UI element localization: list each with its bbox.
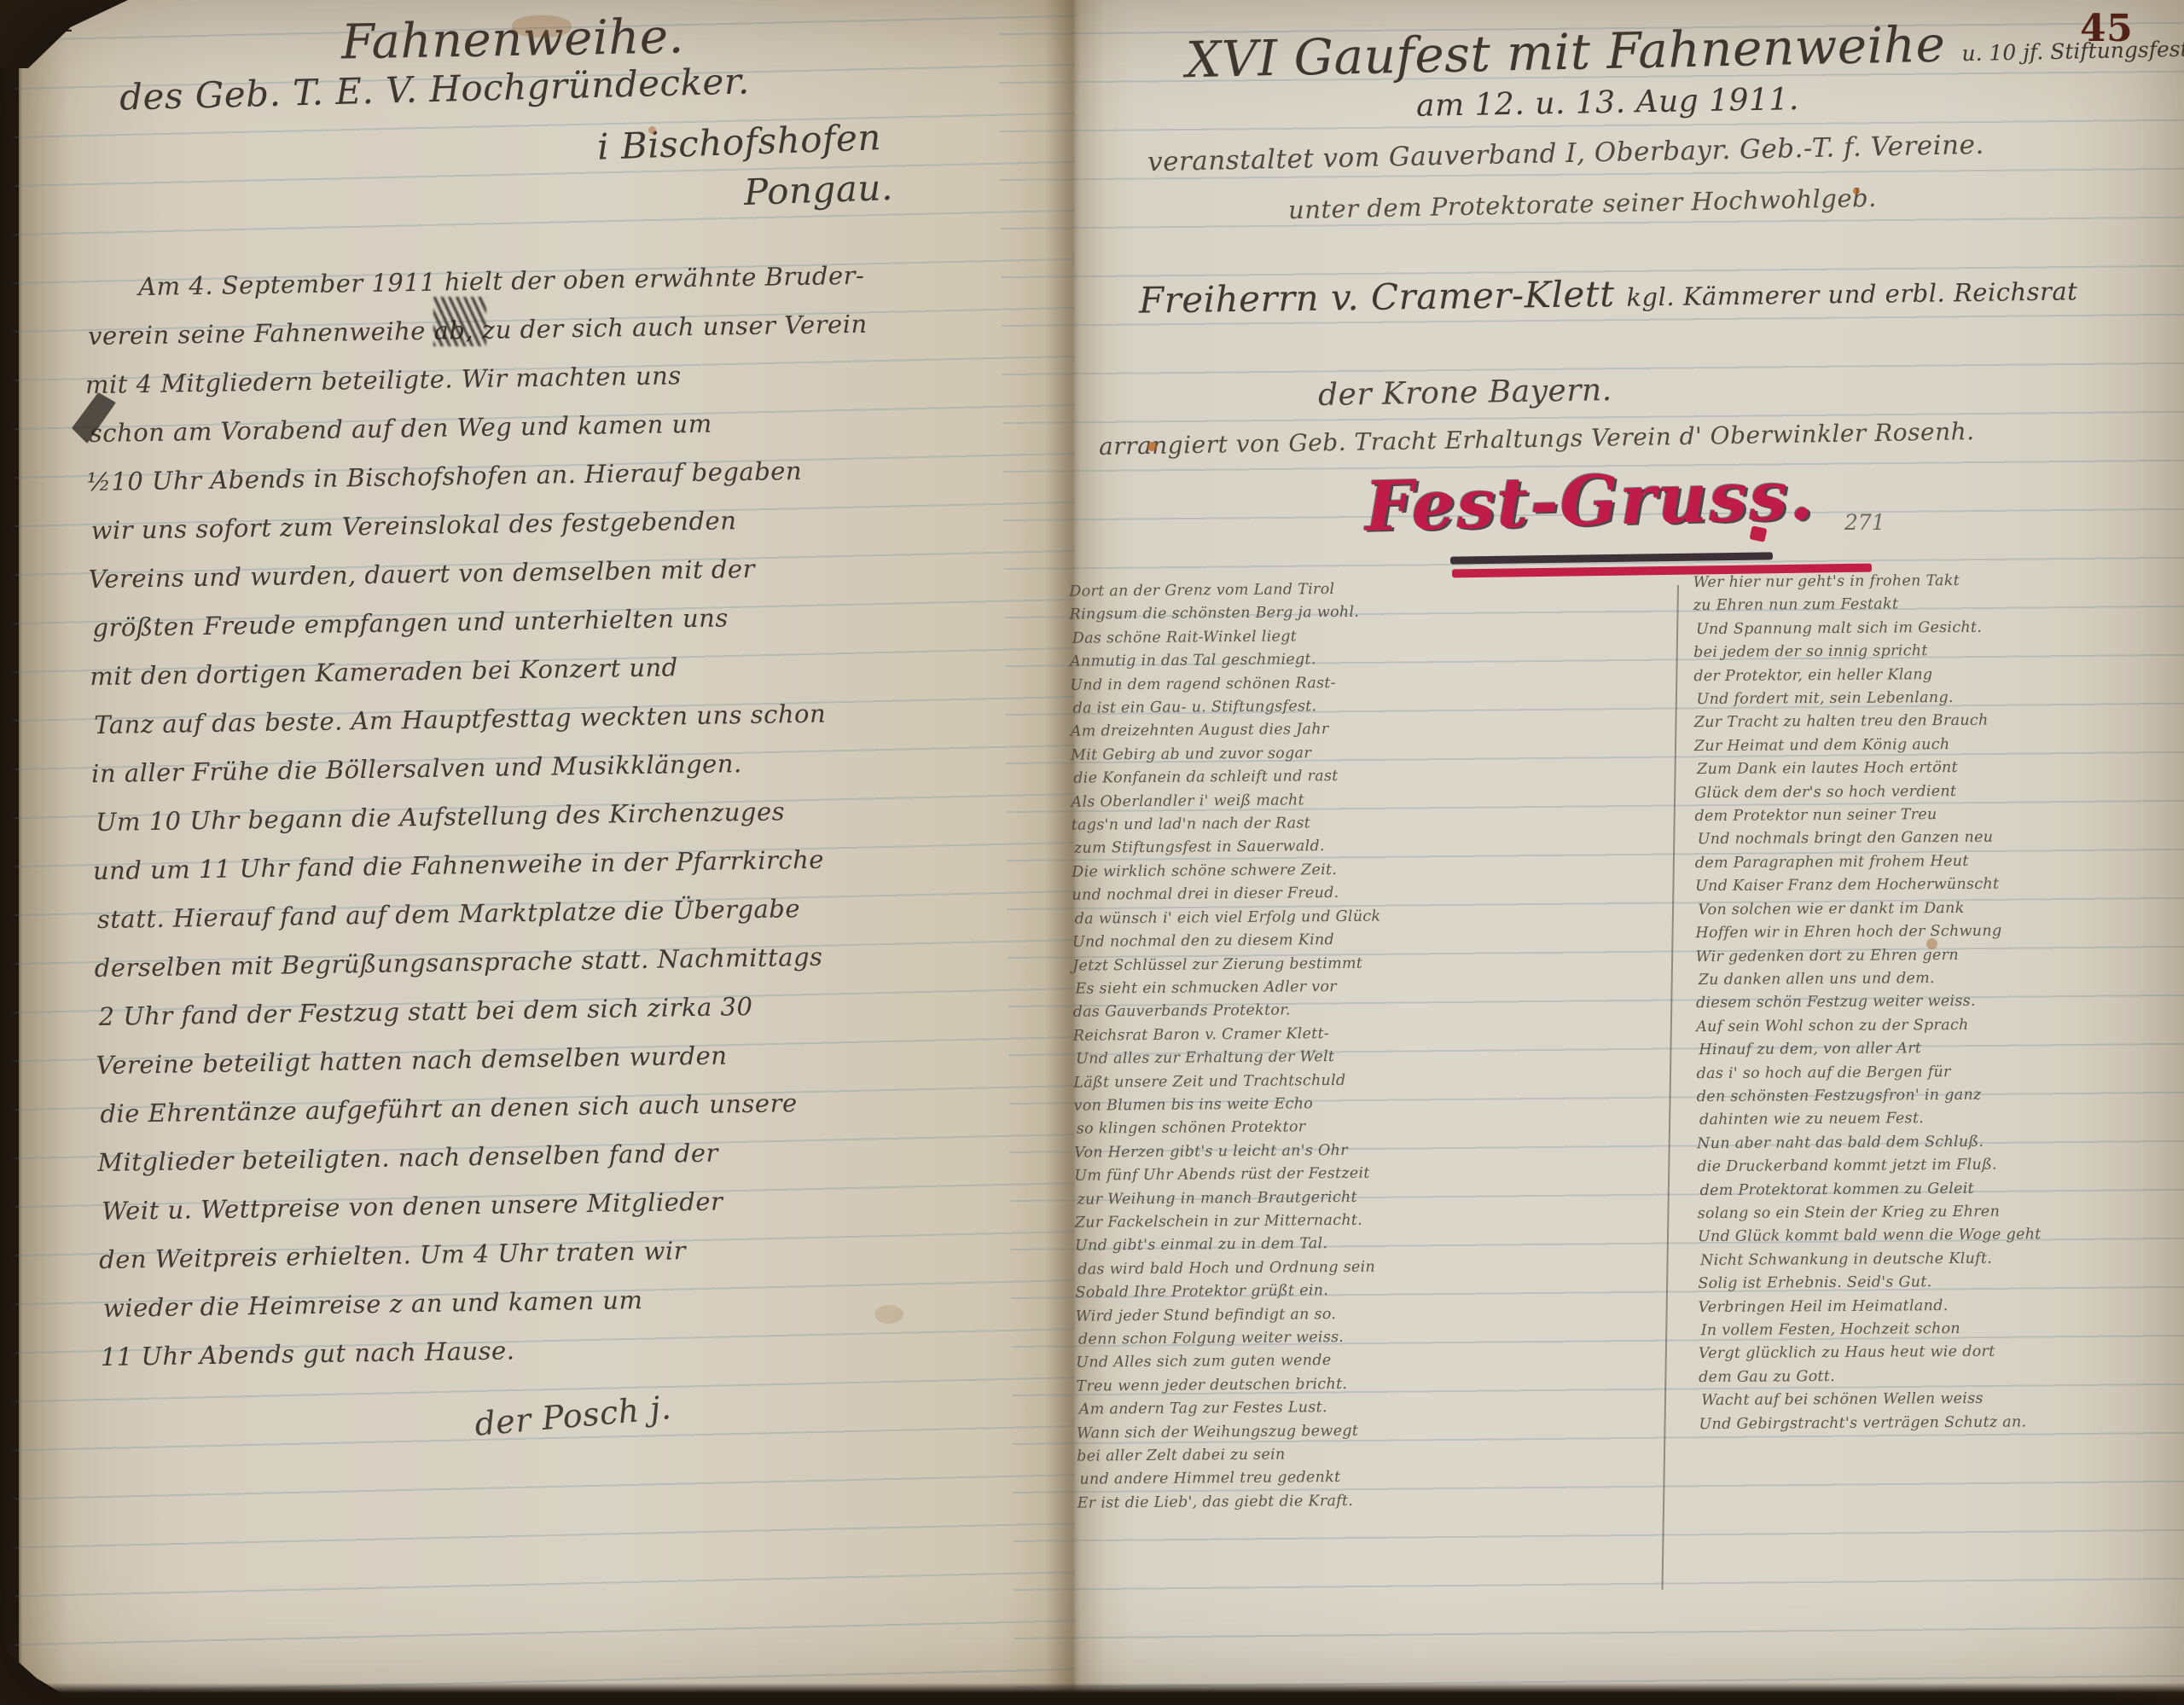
poem-line: dahinten wie zu neuem Fest. <box>1699 1105 2184 1133</box>
poem-line: Vergt glücklich zu Haus heut wie dort <box>1699 1339 2184 1366</box>
poem-line: Solig ist Erhebnis. Seid's Gut. <box>1698 1269 2184 1296</box>
left-page-body-text: Am 4. September 1911 hielt der oben erwä… <box>84 252 868 1382</box>
poem-line: Wer hier nur geht's in frohen Takt <box>1693 568 2184 595</box>
left-page-region-line: Pongau. <box>743 166 893 213</box>
photo-edge-bottom <box>0 1683 2184 1705</box>
poem-line: Es sieht ein schmucken Adler vor <box>1075 973 1604 1001</box>
patron-name: Freiherrn v. Cramer-Klett <box>1139 273 1615 322</box>
poem-line: Und Gebirgstracht's verträgen Schutz an. <box>1699 1410 2184 1437</box>
crossed-out-scribble <box>433 297 486 346</box>
poem-line: Und alles zur Erhaltung der Welt <box>1076 1043 1605 1071</box>
poem-line: Auf sein Wohl schon zu der Sprach <box>1696 1012 2184 1040</box>
poem-line: In vollem Festen, Hochzeit schon <box>1701 1316 2184 1343</box>
fest-gruss-title: Fest-Gruss. <box>1364 455 1815 547</box>
poem-line: den schönsten Festzugsfron' in ganz <box>1697 1082 2184 1110</box>
poem-line: Verbringen Heil im Heimatland. <box>1698 1292 2184 1319</box>
poem-line: Hinauf zu dem, von aller Art <box>1699 1035 2184 1063</box>
poem-line: denn schon Folgung weiter weiss. <box>1078 1324 1607 1352</box>
poem-line: diesem schön Festzug weiter weiss. <box>1696 989 2184 1016</box>
poem-line: Und Glück kommt bald wenn die Woge geht <box>1698 1222 2184 1250</box>
poem-line: bei jedem der so innig spricht <box>1693 638 2184 665</box>
poem-line: Und Spannung malt sich im Gesicht. <box>1696 615 2184 642</box>
page-number-45: 45 <box>2080 7 2133 50</box>
poem-line: das i' so hoch auf die Bergen für <box>1696 1058 2184 1086</box>
poem-line: die Konfanein da schleift und rast <box>1073 763 1602 792</box>
poem-line: Zu danken allen uns und dem. <box>1699 966 2184 993</box>
poem-line: zur Weihung in manch Brautgericht <box>1077 1184 1606 1212</box>
poem-line: da wünsch i' eich viel Erfolg und Glück <box>1075 903 1604 931</box>
fest-gruss-heading: Fest-Gruss. 271 <box>1365 461 1815 541</box>
poem-line: Und nochmals bringt den Ganzen neu <box>1698 825 2184 852</box>
poem-line: dem Paragraphen mit frohem Heut <box>1695 849 2184 876</box>
photo-edge-left <box>0 0 22 1705</box>
poem-line: die Druckerband kommt jetzt im Fluß. <box>1697 1152 2184 1180</box>
poem-line: da ist ein Gau- u. Stiftungsfest. <box>1072 693 1601 721</box>
poem-line: Zur Tracht zu halten treu den Brauch <box>1694 708 2184 735</box>
poem-line: dem Protektor nun seiner Treu <box>1694 802 2184 829</box>
poem-column-right: Wer hier nur geht's in frohen Taktzu Ehr… <box>1693 568 2184 1436</box>
left-page-title: Fahnenweihe. <box>340 9 684 70</box>
poem-line: Am andern Tag zur Festes Lust. <box>1079 1394 1608 1422</box>
poem-line: der Protektor, ein heller Klang <box>1693 662 2184 689</box>
poem-line: so klingen schönen Protektor <box>1077 1114 1606 1142</box>
poem-line: Zum Dank ein lautes Hoch ertönt <box>1697 755 2184 782</box>
poem-line: Wir gedenken dort zu Ehren gern <box>1696 942 2184 969</box>
pencil-annotation: 271 <box>1844 510 1885 535</box>
poem-line: Hoffen wir in Ehren hoch der Schwung <box>1695 919 2184 946</box>
ledger-photo: Fahnenweihe. des Geb. T. E. V. Hochgründ… <box>0 0 2184 1705</box>
poem-line: Nun aber naht das bald dem Schluß. <box>1697 1129 2184 1157</box>
poem-line: das wird bald Hoch und Ordnung sein <box>1077 1254 1606 1282</box>
poem-column-left: Dort an der Grenz vom Land TirolRingsum … <box>1069 576 1606 1516</box>
poem-line: zu Ehren nun zum Festakt <box>1693 591 2184 618</box>
poem-line: und andere Himmel treu gedenkt <box>1079 1464 1608 1493</box>
poem-line: Und fordert mit, sein Lebenlang. <box>1696 685 2184 712</box>
poem-line: Wacht auf bei schönen Wellen weiss <box>1701 1386 2184 1413</box>
right-page-title-suffix: u. 10 jf. Stiftungsfest <box>1961 37 2184 67</box>
poem-line: dem Protektorat kommen zu Geleit <box>1699 1175 2184 1203</box>
poem-line: Nicht Schwankung in deutsche Kluft. <box>1700 1246 2184 1273</box>
poem-line: Von solchen wie er dankt im Dank <box>1698 896 2184 923</box>
poem-line: solang so ein Stein der Krieg zu Ehren <box>1698 1199 2184 1227</box>
poem-line: dem Gau zu Gott. <box>1699 1363 2184 1390</box>
poem-line: Zur Heimat und dem König auch <box>1694 732 2184 759</box>
poem-line: Das schöne Rait-Winkel liegt <box>1072 623 1601 651</box>
red-ink-dot <box>1750 525 1768 542</box>
crown-line: der Krone Bayern. <box>1318 373 1612 413</box>
poem-line: Und Kaiser Franz dem Hocherwünscht <box>1695 872 2184 899</box>
patron-titles: kgl. Kämmerer und erbl. Reichsrat <box>1626 276 2077 311</box>
date-line: am 12. u. 13. Aug 1911. <box>1416 82 1799 124</box>
poem-line: Glück dem der's so hoch verdient <box>1694 779 2184 806</box>
poem-line: zum Stiftungsfest in Sauerwald. <box>1074 833 1603 861</box>
poem-line: Er ist die Lieb', das giebt die Kraft. <box>1077 1488 1606 1516</box>
